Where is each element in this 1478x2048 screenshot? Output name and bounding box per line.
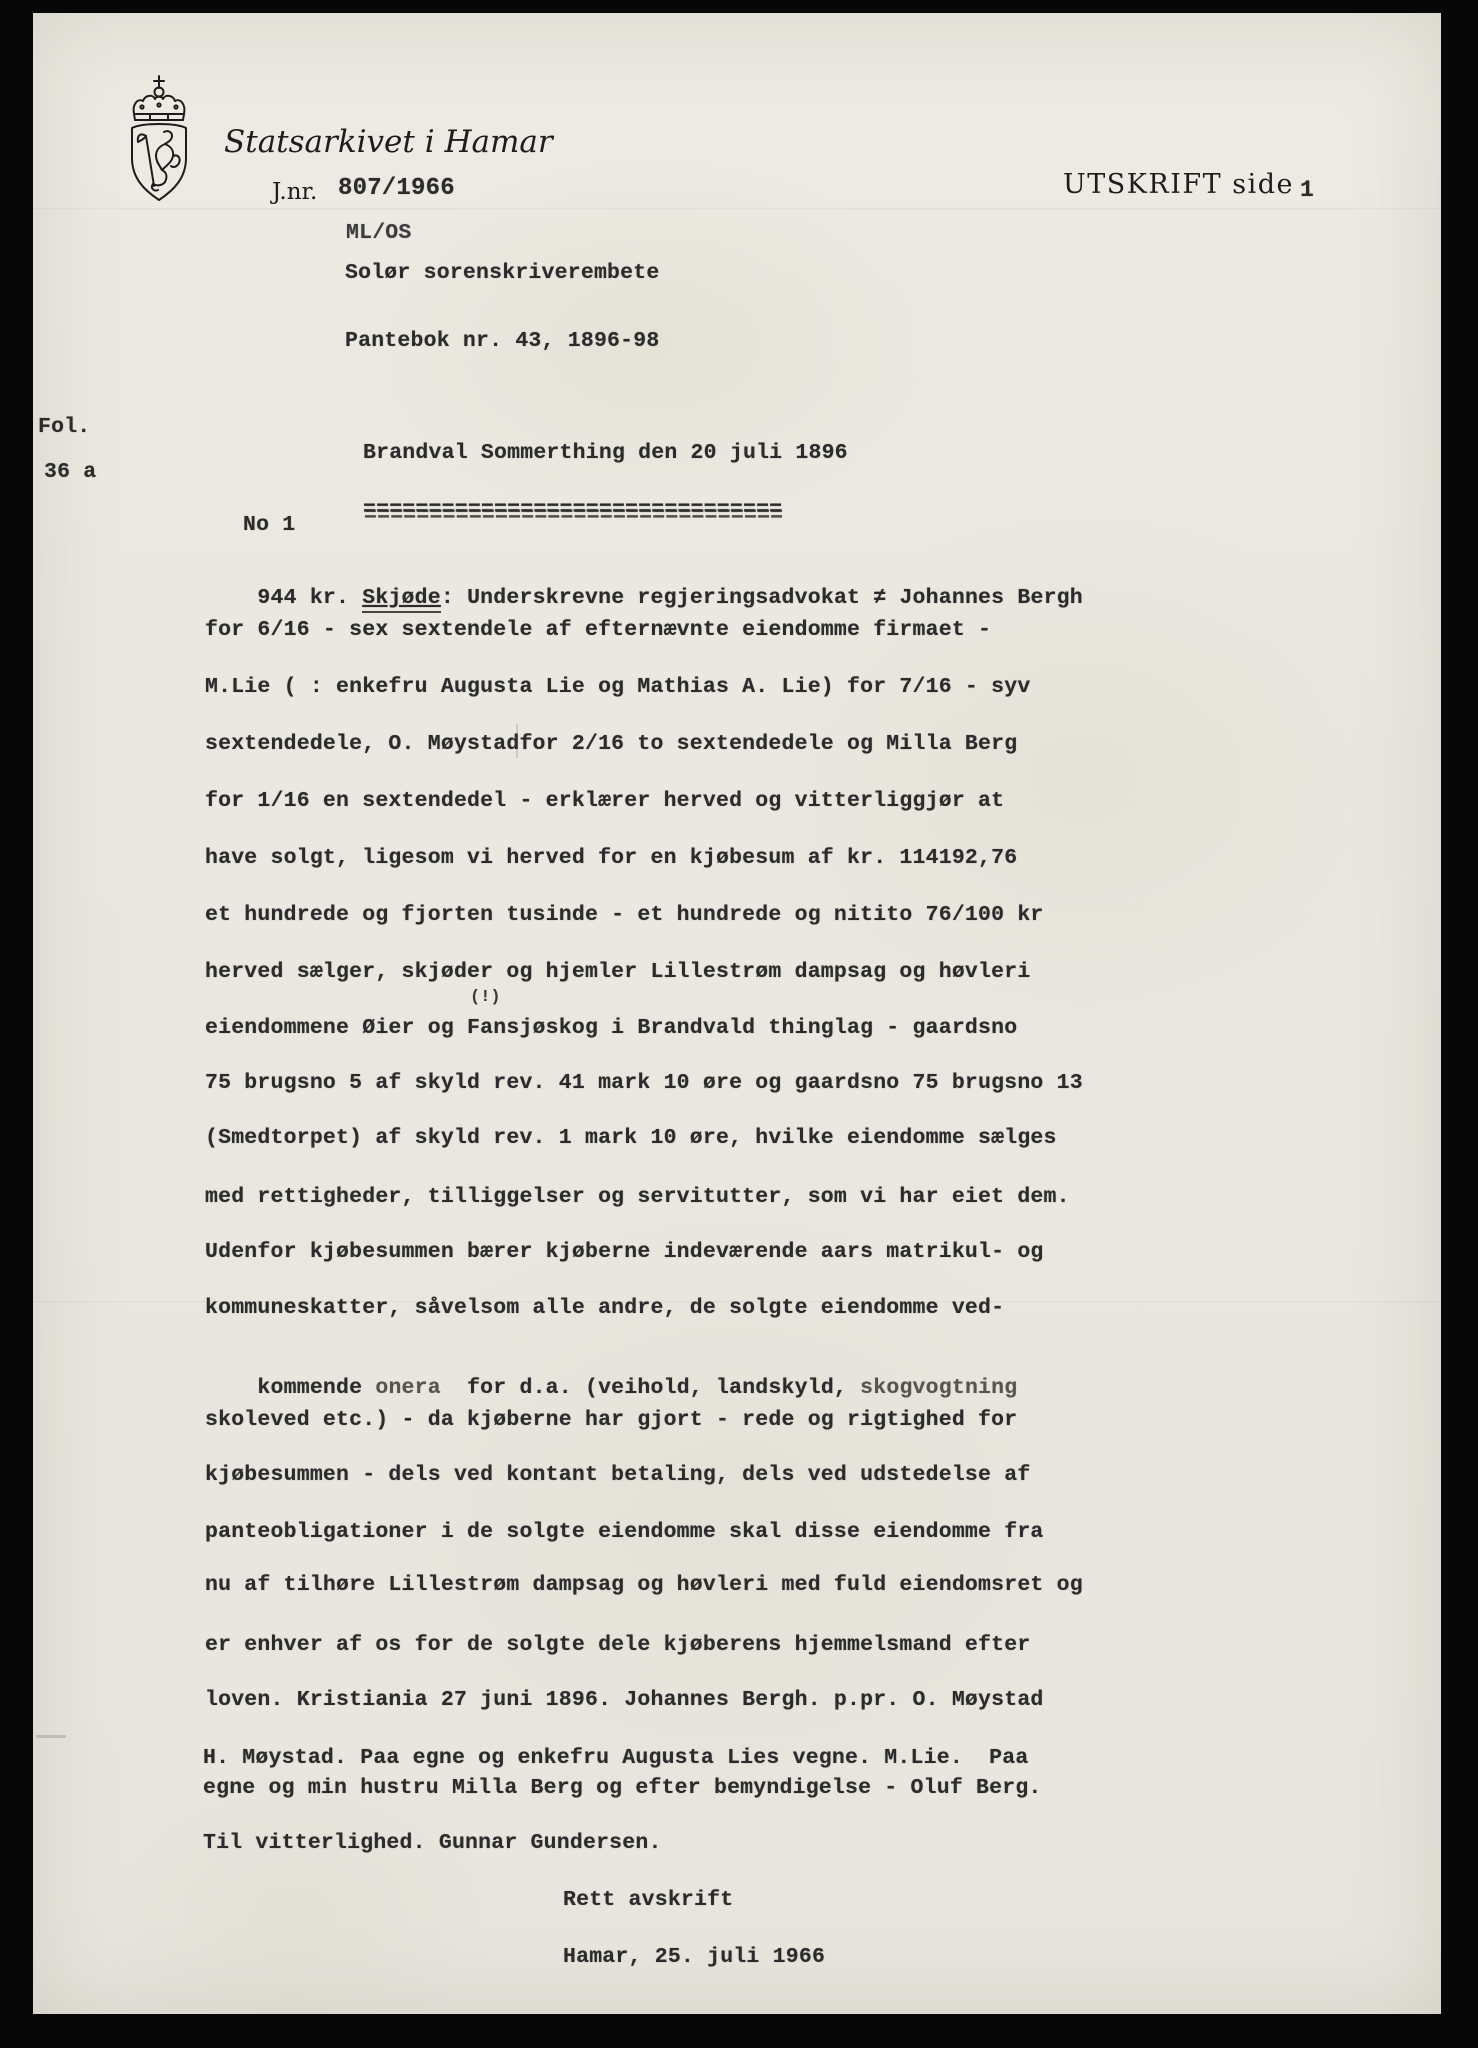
body-line: kommuneskatter, såvelsom alle andre, de …	[205, 1296, 1004, 1321]
pencil-insert-mark	[516, 724, 518, 758]
body-line: er enhver af os for de solgte dele kjøbe…	[205, 1633, 1030, 1658]
body-line: for 1/16 en sextendedel - erklærer herve…	[205, 789, 1004, 814]
print-label: UTSKRIFT side	[1063, 169, 1294, 200]
ref-initials: ML/OS	[346, 221, 412, 246]
body-line: Udenfor kjøbesummen bærer kjøberne indev…	[205, 1240, 1044, 1265]
body-text-faint: onera	[375, 1376, 441, 1400]
body-line: have solgt, ligesom vi herved for en kjø…	[205, 846, 1017, 871]
folio-value: 36 a	[44, 460, 96, 485]
scanned-document: Statsarkivet i Hamar J.nr. 807/1966 ML/O…	[0, 0, 1478, 2048]
body-line: for 6/16 - sex sextendele af efternævnte…	[205, 618, 991, 643]
archive-name: Statsarkivet i Hamar	[224, 124, 553, 160]
certification-line: Rett avskrift	[563, 1888, 733, 1913]
dateline: Hamar, 25. juli 1966	[563, 1945, 825, 1970]
body-line: Til vitterlighed. Gunnar Gundersen.	[203, 1831, 662, 1856]
body-text-faint: skogvogtning	[860, 1376, 1017, 1400]
folio-label: Fol.	[38, 415, 90, 440]
body-line: 75 brugsno 5 af skyld rev. 41 mark 10 ør…	[205, 1071, 1083, 1096]
exclamation-annotation: (!)	[470, 988, 501, 1007]
body-text: kommende	[257, 1376, 375, 1400]
body-text: : Underskrevne regjeringsadvokat ≠ Johan…	[441, 586, 1083, 610]
session-heading: Brandval Sommerthing den 20 juli 1896	[363, 441, 848, 466]
book-title: Pantebok nr. 43, 1896-98	[345, 329, 659, 354]
amount-text: 944 kr.	[257, 586, 362, 610]
body-line: eiendommene Øier og Fansjøskog i Brandva…	[205, 1016, 1017, 1041]
journal-number: 807/1966	[338, 175, 455, 203]
body-text: for d.a. (veihold, landskyld,	[441, 1376, 860, 1400]
body-line: egne og min hustru Milla Berg og efter b…	[203, 1776, 1042, 1801]
deed-word: Skjøde	[362, 586, 441, 613]
body-line: nu af tilhøre Lillestrøm dampsag og høvl…	[205, 1573, 1083, 1598]
entry-number: No 1	[243, 513, 295, 538]
page-number: 1	[1300, 177, 1314, 203]
coat-of-arms-icon	[120, 74, 198, 206]
body-line: herved sælger, skjøder og hjemler Lilles…	[205, 960, 1030, 985]
body-line: med rettigheder, tilliggelser og servitu…	[205, 1185, 1070, 1210]
separator-line: ================================	[364, 504, 783, 529]
body-line: kjøbesummen - dels ved kontant betaling,…	[205, 1463, 1030, 1488]
body-line: M.Lie ( : enkefru Augusta Lie og Mathias…	[205, 675, 1030, 700]
body-line: sextendedele, O. Møystadfor 2/16 to sext…	[205, 732, 1017, 757]
paper-crease	[33, 208, 1441, 211]
pencil-margin-dash	[36, 1735, 66, 1738]
office-name: Solør sorenskriverembete	[345, 261, 659, 286]
paper-sheet	[33, 13, 1441, 2014]
body-line: et hundrede og fjorten tusinde - et hund…	[205, 903, 1044, 928]
body-line: loven. Kristiania 27 juni 1896. Johannes…	[205, 1688, 1044, 1713]
body-line: (Smedtorpet) af skyld rev. 1 mark 10 øre…	[205, 1126, 1057, 1151]
journal-label: J.nr.	[272, 179, 317, 205]
body-line: H. Møystad. Paa egne og enkefru Augusta …	[203, 1746, 1028, 1771]
body-line: panteobligationer i de solgte eiendomme …	[205, 1520, 1044, 1545]
body-line: skoleved etc.) - da kjøberne har gjort -…	[205, 1408, 1017, 1433]
